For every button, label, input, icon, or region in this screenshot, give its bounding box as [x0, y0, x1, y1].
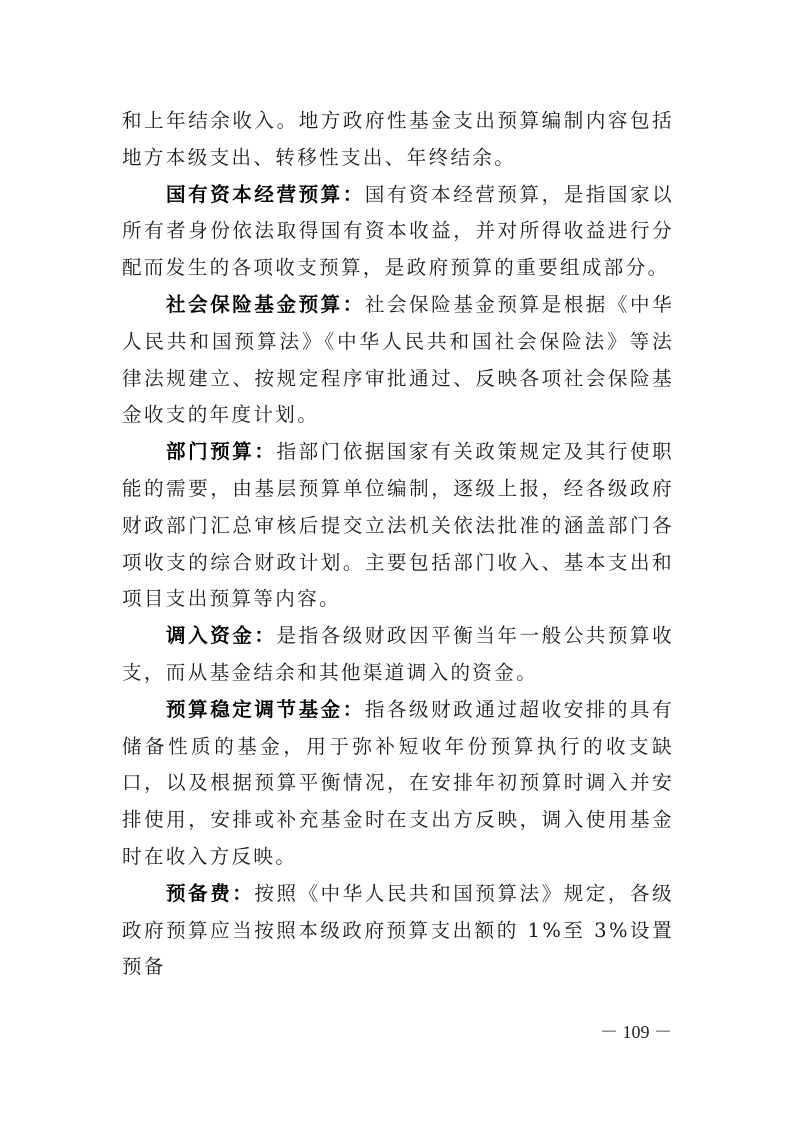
- paragraph-reserve-fund: 预备费：按照《中华人民共和国预算法》规定，各级政府预算应当按照本级政府预算支出额…: [122, 876, 674, 986]
- paragraph-social-insurance-budget: 社会保险基金预算：社会保险基金预算是根据《中华人民共和国预算法》《中华人民共和国…: [122, 287, 674, 434]
- paragraph-text: 指各级财政通过超收安排的具有储备性质的基金，用于弥补短收年份预算执行的收支缺口，…: [122, 698, 674, 868]
- document-body: 和上年结余收入。地方政府性基金支出预算编制内容包括地方本级支出、转移性支出、年终…: [122, 103, 674, 986]
- term-heading: 部门预算：: [166, 440, 276, 463]
- document-page: 和上年结余收入。地方政府性基金支出预算编制内容包括地方本级支出、转移性支出、年终…: [0, 0, 793, 1122]
- paragraph-transferred-funds: 调入资金：是指各级财政因平衡当年一般公共预算收支，而从基金结余和其他渠道调入的资…: [122, 618, 674, 692]
- paragraph-budget-stabilization-fund: 预算稳定调节基金：指各级财政通过超收安排的具有储备性质的基金，用于弥补短收年份预…: [122, 692, 674, 876]
- term-heading: 调入资金：: [166, 624, 276, 647]
- term-heading: 社会保险基金预算：: [166, 293, 365, 316]
- paragraph-government-fund-continuation: 和上年结余收入。地方政府性基金支出预算编制内容包括地方本级支出、转移性支出、年终…: [122, 103, 674, 177]
- paragraph-text: 指部门依据国家有关政策规定及其行使职能的需要，由基层预算单位编制，逐级上报，经各…: [122, 440, 674, 610]
- term-heading: 国有资本经营预算：: [166, 183, 365, 206]
- paragraph-text: 和上年结余收入。地方政府性基金支出预算编制内容包括地方本级支出、转移性支出、年终…: [122, 109, 674, 169]
- paragraph-department-budget: 部门预算：指部门依据国家有关政策规定及其行使职能的需要，由基层预算单位编制，逐级…: [122, 434, 674, 618]
- term-heading: 预备费：: [166, 882, 254, 905]
- page-number: － 109 －: [600, 1018, 680, 1044]
- paragraph-state-capital-budget: 国有资本经营预算：国有资本经营预算，是指国家以所有者身份依法取得国有资本收益，并…: [122, 177, 674, 287]
- term-heading: 预算稳定调节基金：: [166, 698, 365, 721]
